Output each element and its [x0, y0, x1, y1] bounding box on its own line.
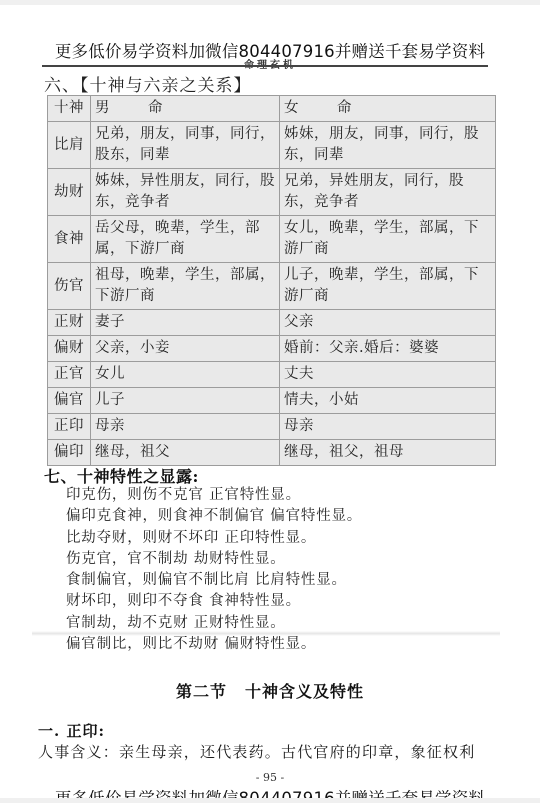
- female-cell: 兄弟，异姓朋友，同行，股东，竞争者: [280, 169, 496, 216]
- page-number: - 95 -: [0, 771, 540, 784]
- male-cell: 儿子: [91, 388, 280, 414]
- male-cell: 父亲，小妾: [91, 336, 280, 362]
- female-cell: 儿子，晚辈，学生，部属，下游厂商: [280, 263, 496, 310]
- male-cell: 继母，祖父: [91, 440, 280, 466]
- male-cell: 女儿: [91, 362, 280, 388]
- god-cell: 偏印: [48, 440, 91, 466]
- scan-top-strip: [0, 0, 540, 5]
- god-cell: 劫财: [48, 169, 91, 216]
- list-item: 财坏印，则印不夺食 食神特性显。: [66, 591, 362, 612]
- item-body-text: 人事含义：亲生母亲，还代表药。古代官府的印章，象征权利: [38, 741, 475, 762]
- list-item: 偏官制比，则比不劫财 偏财特性显。: [66, 634, 362, 655]
- header-cell-male: 男命: [91, 96, 280, 122]
- header-male-suffix: 命: [148, 100, 163, 116]
- god-cell: 正官: [48, 362, 91, 388]
- female-cell: 姊妹，朋友，同事，同行，股东，同辈: [280, 122, 496, 169]
- header-cell-female: 女命: [280, 96, 496, 122]
- list-item: 食制偏官，则偏官不制比肩 比肩特性显。: [66, 570, 362, 591]
- ten-gods-relations-table: 十神 男命 女命 比肩 兄弟，朋友，同事，同行，股东，同辈 姊妹，朋友，同事，同…: [47, 95, 496, 466]
- female-cell: 情夫，小姑: [280, 388, 496, 414]
- traits-list: 印克伤，则伤不克官 正官特性显。 偏印克食神，则食神不制偏官 偏官特性显。 比劫…: [66, 485, 362, 655]
- table-row: 食神 岳父母，晚辈，学生，部属，下游厂商 女儿，晚辈，学生，部属，下游厂商: [48, 216, 496, 263]
- god-cell: 正印: [48, 414, 91, 440]
- table-row: 正印 母亲 母亲: [48, 414, 496, 440]
- male-cell: 兄弟，朋友，同事，同行，股东，同辈: [91, 122, 280, 169]
- male-cell: 母亲: [91, 414, 280, 440]
- female-cell: 女儿，晚辈，学生，部属，下游厂商: [280, 216, 496, 263]
- table-row: 正财 妻子 父亲: [48, 310, 496, 336]
- list-item: 偏印克食神，则食神不制偏官 偏官特性显。: [66, 506, 362, 527]
- scan-artifact-band: [32, 631, 500, 636]
- god-cell: 偏财: [48, 336, 91, 362]
- header-rule: [42, 65, 488, 67]
- table-row: 偏官 儿子 情夫，小姑: [48, 388, 496, 414]
- chapter-section-label: 第二节: [176, 682, 227, 701]
- table-row: 比肩 兄弟，朋友，同事，同行，股东，同辈 姊妹，朋友，同事，同行，股东，同辈: [48, 122, 496, 169]
- list-item: 伤克官，官不制劫 劫财特性显。: [66, 549, 362, 570]
- list-item: 印克伤，则伤不克官 正官特性显。: [66, 485, 362, 506]
- section-heading-traits: 七、十神特性之显露:: [44, 464, 199, 487]
- male-cell: 妻子: [91, 310, 280, 336]
- table-row: 偏财 父亲，小妾 婚前：父亲.婚后：婆婆: [48, 336, 496, 362]
- god-cell: 伤官: [48, 263, 91, 310]
- god-cell: 比肩: [48, 122, 91, 169]
- chapter-title-text: 十神含义及特性: [245, 682, 364, 701]
- female-cell: 婚前：父亲.婚后：婆婆: [280, 336, 496, 362]
- table-row: 正官 女儿 丈夫: [48, 362, 496, 388]
- table-row: 伤官 祖母，晚辈，学生，部属，下游厂商 儿子，晚辈，学生，部属，下游厂商: [48, 263, 496, 310]
- male-cell: 祖母，晚辈，学生，部属，下游厂商: [91, 263, 280, 310]
- table-row: 偏印 继母，祖父 继母，祖父，祖母: [48, 440, 496, 466]
- chapter-title: 第二节十神含义及特性: [0, 679, 540, 702]
- female-cell: 丈夫: [280, 362, 496, 388]
- header-female-label: 女: [284, 100, 299, 116]
- male-cell: 姊妹，异性朋友，同行，股东，竞争者: [91, 169, 280, 216]
- god-cell: 正财: [48, 310, 91, 336]
- header-female-suffix: 命: [337, 100, 352, 116]
- god-cell: 偏官: [48, 388, 91, 414]
- male-cell: 岳父母，晚辈，学生，部属，下游厂商: [91, 216, 280, 263]
- female-cell: 母亲: [280, 414, 496, 440]
- table-row: 劫财 姊妹，异性朋友，同行，股东，竞争者 兄弟，异姓朋友，同行，股东，竞争者: [48, 169, 496, 216]
- scan-bottom-strip: [0, 798, 540, 803]
- table-header-row: 十神 男命 女命: [48, 96, 496, 122]
- header-cell-god: 十神: [48, 96, 91, 122]
- header-male-label: 男: [95, 100, 110, 116]
- god-cell: 食神: [48, 216, 91, 263]
- female-cell: 继母，祖父，祖母: [280, 440, 496, 466]
- section-heading-relations: 六、【十神与六亲之关系】: [44, 71, 252, 96]
- item-heading: 一. 正印:: [38, 720, 105, 741]
- list-item: 比劫夺财，则财不坏印 正印特性显。: [66, 528, 362, 549]
- female-cell: 父亲: [280, 310, 496, 336]
- running-head: 命理玄机: [0, 56, 540, 71]
